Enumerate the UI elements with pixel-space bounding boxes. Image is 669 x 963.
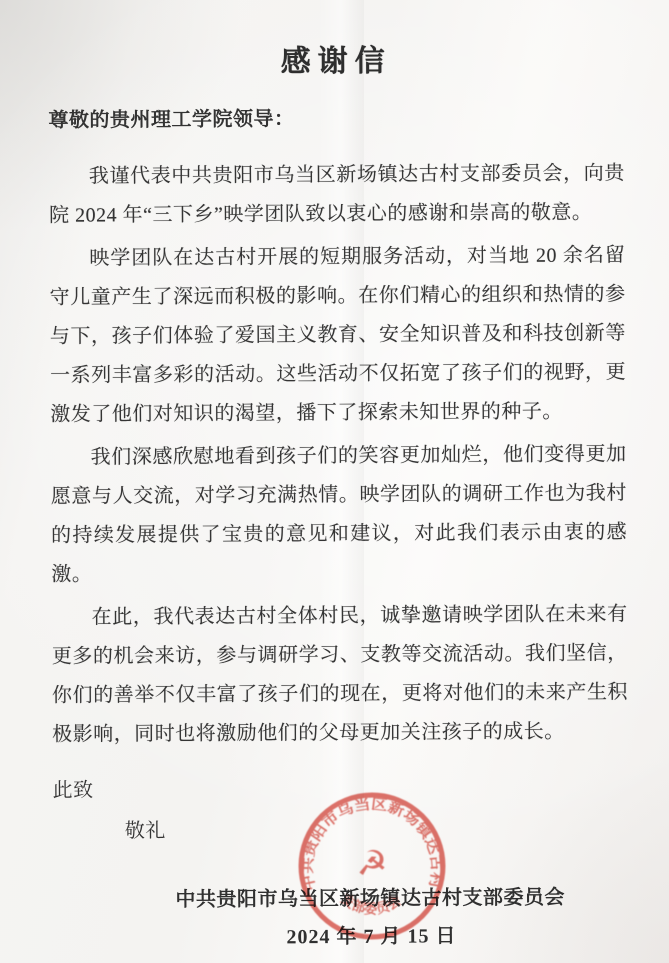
closing-jingli: 敬礼 xyxy=(53,809,629,852)
closing-cizhi: 此致 xyxy=(52,768,628,811)
paragraph-3: 我们深感欣慰地看到孩子们的笑容更加灿烂，他们变得更加愿意与人交流，对学习充满热情… xyxy=(50,435,627,595)
salutation: 尊敬的贵州理工学院领导： xyxy=(48,102,624,136)
letter-sheet: 感谢信 尊敬的贵州理工学院领导： 我谨代表中共贵阳市乌当区新场镇达古村支部委员会… xyxy=(48,34,630,954)
scanned-letter-photo: 感谢信 尊敬的贵州理工学院领导： 我谨代表中共贵阳市乌当区新场镇达古村支部委员会… xyxy=(0,0,669,963)
signature-date: 2024 年 7 月 15 日 xyxy=(53,920,629,954)
paragraph-1: 我谨代表中共贵阳市乌当区新场镇达古村支部委员会，向贵院 2024 年“三下乡”映… xyxy=(49,154,625,236)
letter-title: 感谢信 xyxy=(48,42,624,82)
paragraph-4: 在此，我代表达古村全体村民，诚挚邀请映学团队在未来有更多的机会来访，参与调研学习… xyxy=(51,595,628,755)
signature-organization: 中共贵阳市乌当区新场镇达古村支部委员会 xyxy=(53,882,629,916)
paragraph-2: 映学团队在达古村开展的短期服务活动，对当地 20 余名留守儿童产生了深远而积极的… xyxy=(49,236,626,435)
